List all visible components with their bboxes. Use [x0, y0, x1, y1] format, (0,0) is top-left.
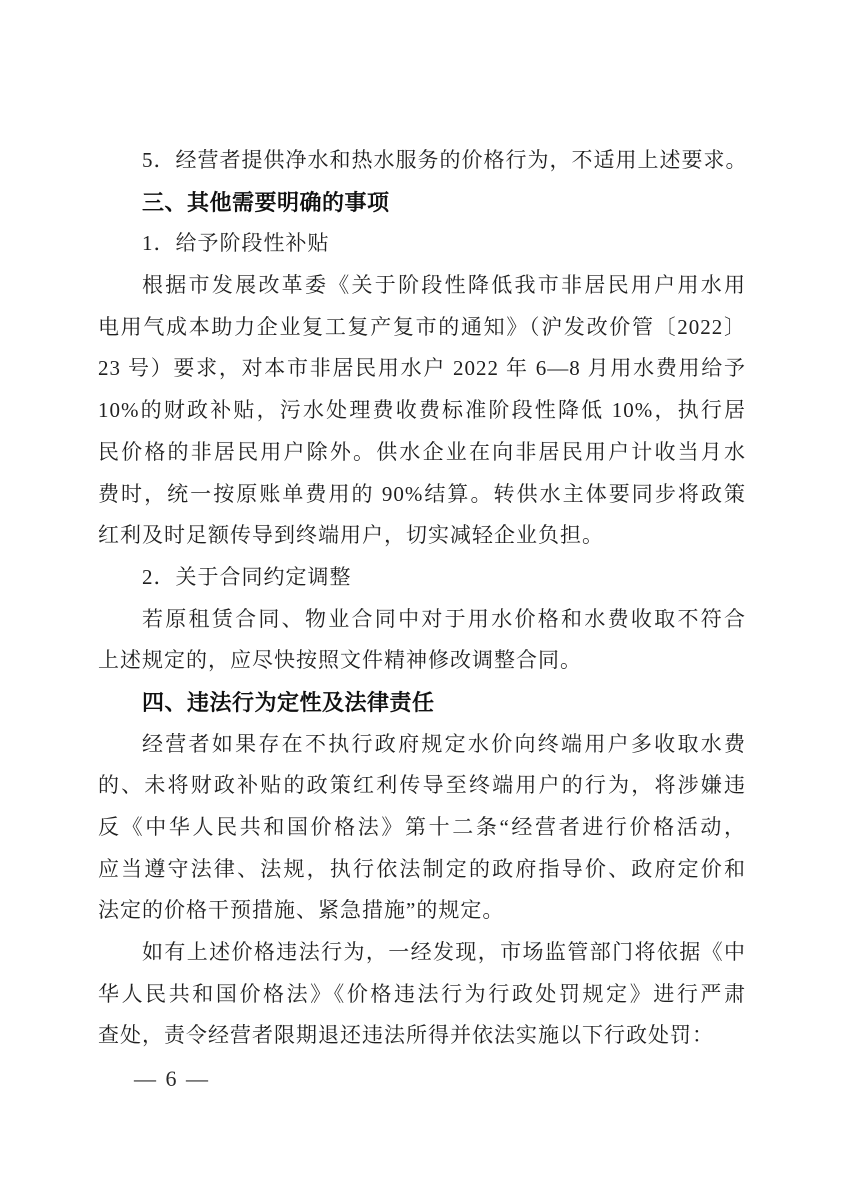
text-line: 23 号）要求，对本市非居民用水户 2022 年 6—8 月用水费用给予 [98, 348, 746, 390]
text-line: 华人民共和国价格法》《价格违法行为行政处罚规定》进行严肃 [98, 974, 746, 1016]
text-line: 上述规定的，应尽快按照文件精神修改调整合同。 [98, 640, 746, 682]
text-line: 反《中华人民共和国价格法》第十二条“经营者进行价格活动， [98, 807, 746, 849]
text-line: 法定的价格干预措施、紧急措施”的规定。 [98, 890, 746, 932]
section-heading: 三、其他需要明确的事项 [98, 182, 746, 224]
document-page: 5．经营者提供净水和热水服务的价格行为，不适用上述要求。三、其他需要明确的事项1… [0, 0, 848, 1200]
text-line: 红利及时足额传导到终端用户，切实减轻企业负担。 [98, 515, 746, 557]
text-line: 10%的财政补贴，污水处理费收费标准阶段性降低 10%，执行居 [98, 390, 746, 432]
text-line: 5．经营者提供净水和热水服务的价格行为，不适用上述要求。 [98, 140, 746, 182]
text-line: 应当遵守法律、法规，执行依法制定的政府指导价、政府定价和 [98, 849, 746, 891]
text-line: 查处，责令经营者限期退还违法所得并依法实施以下行政处罚： [98, 1015, 746, 1057]
text-line: 若原租赁合同、物业合同中对于用水价格和水费收取不符合 [98, 599, 746, 641]
text-line: 经营者如果存在不执行政府规定水价向终端用户多收取水费 [98, 724, 746, 766]
text-line: 根据市发展改革委《关于阶段性降低我市非居民用户用水用 [98, 265, 746, 307]
document-body: 5．经营者提供净水和热水服务的价格行为，不适用上述要求。三、其他需要明确的事项1… [98, 140, 746, 1057]
text-line: 民价格的非居民用户除外。供水企业在向非居民用户计收当月水 [98, 432, 746, 474]
text-line: 费时，统一按原账单费用的 90%结算。转供水主体要同步将政策 [98, 474, 746, 516]
text-line: 的、未将财政补贴的政策红利传导至终端用户的行为，将涉嫌违 [98, 765, 746, 807]
text-line: 电用气成本助力企业复工复产复市的通知》（沪发改价管〔2022〕 [98, 307, 746, 349]
text-line: 2．关于合同约定调整 [98, 557, 746, 599]
page-number: — 6 — [134, 1066, 210, 1092]
section-heading: 四、违法行为定性及法律责任 [98, 682, 746, 724]
text-line: 1．给予阶段性补贴 [98, 223, 746, 265]
text-line: 如有上述价格违法行为，一经发现，市场监管部门将依据《中 [98, 932, 746, 974]
